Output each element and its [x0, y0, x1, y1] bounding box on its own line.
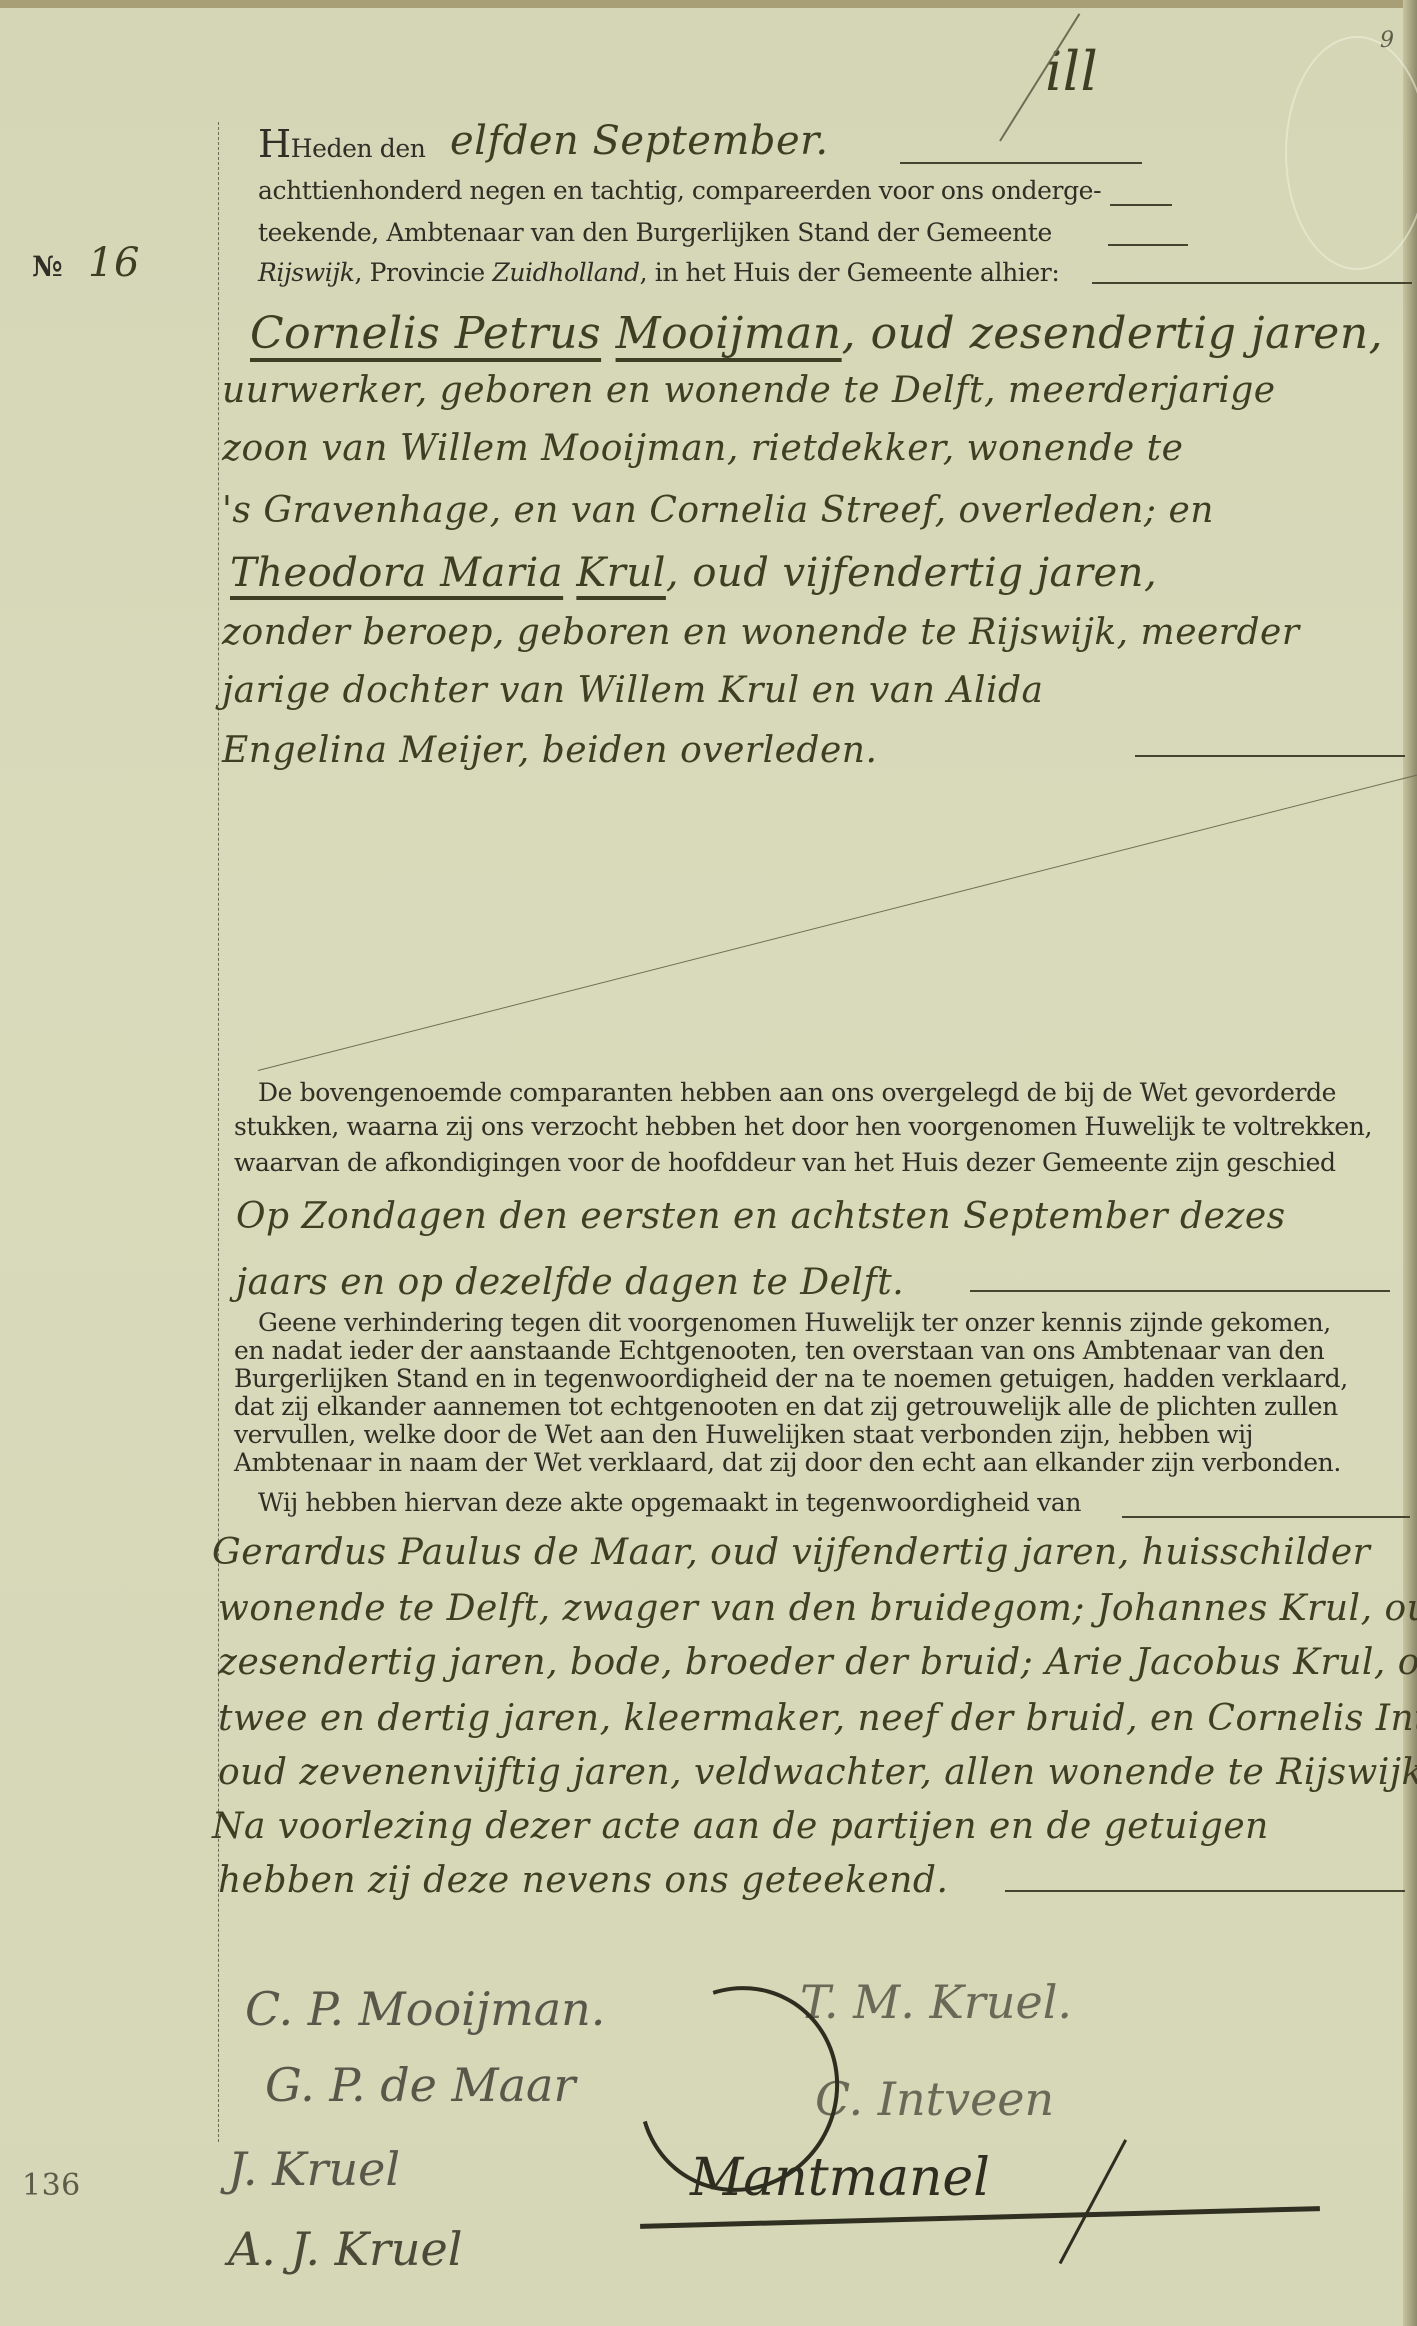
- fill-line: [1135, 755, 1405, 757]
- book-right-edge: [1403, 0, 1417, 2326]
- declaration-line-1: Geene verhindering tegen dit voorgenomen…: [258, 1308, 1331, 1337]
- signature-witness-4: C. Intveen: [815, 2072, 1054, 2126]
- folio-number: 136: [22, 2168, 81, 2203]
- bride-line-2: zonder beroep, geboren en wonende te Rij…: [222, 612, 1300, 653]
- witness-line-6: Na voorlezing dezer acte aan de partijen…: [212, 1806, 1269, 1847]
- witness-line-5: oud zevenenvijftig jaren, veldwachter, a…: [218, 1752, 1417, 1793]
- intro-heden: HHeden den: [258, 122, 426, 166]
- intro-line-2: achttienhonderd negen en tachtig, compar…: [258, 176, 1101, 205]
- bride-line-3: jarige dochter van Willem Krul en van Al…: [222, 670, 1044, 711]
- declaration-line-4: dat zij elkander aannemen tot echtgenoot…: [234, 1392, 1338, 1421]
- declaration-line-7: Wij hebben hiervan deze akte opgemaakt i…: [258, 1488, 1081, 1517]
- proclamation-line-1: De bovengenoemde comparanten hebben aan …: [258, 1078, 1336, 1107]
- declaration-line-5: vervullen, welke door de Wet aan den Huw…: [234, 1420, 1253, 1449]
- bride-first-names: Theodora Maria: [230, 550, 563, 596]
- declaration-line-6: Ambtenaar in naam der Wet verklaard, dat…: [234, 1448, 1341, 1477]
- signature-bride: T. M. Kruel.: [800, 1975, 1072, 2029]
- top-mark: ill: [1045, 40, 1098, 103]
- groom-first-names: Cornelis Petrus: [250, 308, 601, 359]
- fill-line: [1110, 204, 1172, 206]
- signature-witness-3: A. J. Kruel: [228, 2222, 463, 2276]
- declaration-line-3: Burgerlijken Stand en in tegenwoordighei…: [234, 1364, 1348, 1393]
- groom-line-3: zoon van Willem Mooijman, rietdekker, wo…: [222, 428, 1183, 469]
- intro-line-4: Rijswijk, Provincie Zuidholland, in het …: [258, 258, 1059, 287]
- witness-line-1: Gerardus Paulus de Maar, oud vijfenderti…: [212, 1532, 1370, 1573]
- bride-line-4: Engelina Meijer, beiden overleden.: [222, 730, 877, 771]
- groom-surname: Mooijman: [616, 308, 842, 359]
- declaration-line-2: en nadat ieder der aanstaande Echtgenoot…: [234, 1336, 1324, 1365]
- proclamation-line-2: stukken, waarna zij ons verzocht hebben …: [234, 1112, 1372, 1141]
- groom-line-1: Cornelis Petrus Mooijman, oud zesenderti…: [250, 308, 1383, 359]
- fill-line: [1092, 282, 1412, 284]
- witness-line-7: hebben zij deze nevens ons geteekend.: [218, 1860, 948, 1901]
- witness-line-2: wonende te Delft, zwager van den bruideg…: [218, 1588, 1417, 1629]
- act-number-label: №: [32, 250, 62, 283]
- groom-line-4: 's Gravenhage, en van Cornelia Streef, o…: [222, 490, 1214, 531]
- witness-line-4: twee en dertig jaren, kleermaker, neef d…: [218, 1698, 1417, 1739]
- intro-line-3: teekende, Ambtenaar van den Burgerlijken…: [258, 218, 1052, 247]
- signature-witness-2: J. Kruel: [228, 2142, 400, 2196]
- signature-groom: C. P. Mooijman.: [245, 1982, 605, 2036]
- bride-line-1: Theodora Maria Krul, oud vijfendertig ja…: [230, 550, 1157, 596]
- act-number: 16: [88, 240, 140, 286]
- fill-line: [1122, 1516, 1410, 1518]
- fill-line: [900, 162, 1142, 164]
- groom-line-2: uurwerker, geboren en wonende te Delft, …: [222, 370, 1276, 411]
- fill-line: [1108, 244, 1188, 246]
- signature-witness-1: G. P. de Maar: [265, 2058, 575, 2112]
- book-top-edge: [0, 0, 1417, 8]
- embossed-seal-icon: [1285, 36, 1417, 270]
- fill-line: [1005, 1890, 1405, 1892]
- witness-line-3: zesendertig jaren, bode, broeder der bru…: [218, 1642, 1417, 1683]
- proclamation-line-3: waarvan de afkondigingen voor de hoofdde…: [234, 1148, 1336, 1177]
- fill-line: [970, 1290, 1390, 1292]
- signature-official: Mantmanel: [690, 2148, 990, 2208]
- page-number: 9: [1380, 28, 1395, 53]
- proclamation-hand-1: Op Zondagen den eersten en achtsten Sept…: [236, 1196, 1286, 1237]
- date-handwritten: elfden September.: [450, 118, 829, 164]
- bride-surname: Krul: [576, 550, 666, 596]
- proclamation-hand-2: jaars en op dezelfde dagen te Delft.: [236, 1262, 904, 1303]
